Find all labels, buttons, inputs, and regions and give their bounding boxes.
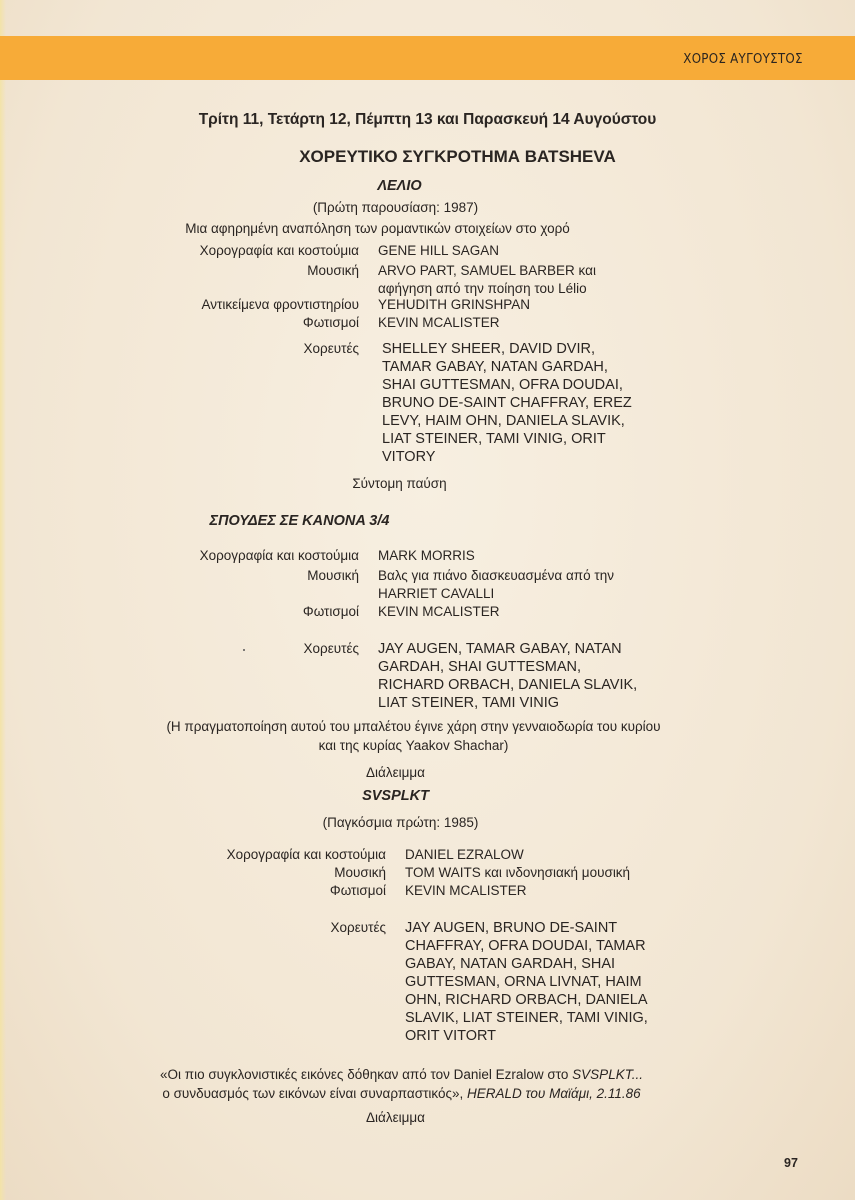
credit-value-line: SHAI GUTTESMAN, OFRA DOUDAI, bbox=[382, 376, 682, 394]
credit-value-line: GABAY, NATAN GARDAH, SHAI bbox=[405, 955, 705, 973]
credit-value-line: LEVY, HAIM OHN, DANIELA SLAVIK, bbox=[382, 412, 682, 430]
credit-value-line: GARDAH, SHAI GUTTESMAN, bbox=[378, 658, 678, 676]
intermission-1: Διάλειμμα bbox=[0, 765, 823, 780]
short-pause: Σύντομη παύση bbox=[0, 476, 827, 491]
credit-label: Μουσική bbox=[59, 567, 359, 585]
credit-value-line: LIAT STEINER, TAMI VINIG bbox=[378, 694, 678, 712]
work-premiere-svsplkt: (Παγκόσμια πρώτη: 1985) bbox=[0, 815, 828, 830]
page-number: 97 bbox=[784, 1156, 798, 1170]
credit-value: YEHUDITH GRINSHPAN bbox=[378, 296, 678, 314]
credit-value: DANIEL EZRALOW bbox=[405, 846, 705, 864]
credit-value-line: SLAVIK, LIAT STEINER, TAMI VINIG, bbox=[405, 1009, 705, 1027]
credit-value-line: Βαλς για πιάνο διασκευασμένα από την bbox=[378, 567, 678, 585]
credit-value-line: RICHARD ORBACH, DANIELA SLAVIK, bbox=[378, 676, 678, 694]
credit-value-line: SHELLEY SHEER, DAVID DVIR, bbox=[382, 340, 682, 358]
print-speck bbox=[243, 649, 245, 651]
intermission-2: Διάλειμμα bbox=[0, 1110, 823, 1125]
credit-label: Μουσική bbox=[59, 262, 359, 280]
credit-value: TOM WAITS και ινδονησιακή μουσική bbox=[405, 864, 705, 882]
work-title-lelio: ΛΕΛΙΟ bbox=[0, 178, 827, 194]
credit-value-line: DANIEL EZRALOW bbox=[405, 846, 705, 864]
credit-label: Χορογραφία και κοστούμια bbox=[59, 547, 359, 565]
performance-dates: Τρίτη 11, Τετάρτη 12, Πέμπτη 13 και Παρα… bbox=[0, 111, 855, 129]
credit-value: KEVIN MCALISTER bbox=[405, 882, 705, 900]
credit-value-line: MARK MORRIS bbox=[378, 547, 678, 565]
work-title-spoudes: ΣΠΟΥΔΕΣ ΣΕ ΚΑΝΟΝΑ 3/4 bbox=[0, 513, 727, 529]
credit-value-line: TOM WAITS και ινδονησιακή μουσική bbox=[405, 864, 705, 882]
section-header-band: ΧΟΡΟΣ ΑΥΓΟΥΣΤΟΣ bbox=[0, 36, 855, 80]
credit-label: Χορευτές bbox=[86, 919, 386, 937]
credit-label: Αντικείμενα φροντιστηρίου bbox=[59, 296, 359, 314]
credit-label: Χορευτές bbox=[59, 640, 359, 658]
review-quote: «Οι πιο συγκλονιστικές εικόνες δόθηκαν α… bbox=[0, 1065, 829, 1103]
credit-value-line: OHN, RICHARD ORBACH, DANIELA bbox=[405, 991, 705, 1009]
credit-value-line: BRUNO DE-SAINT CHAFFRAY, EREZ bbox=[382, 394, 682, 412]
credit-value-line: YEHUDITH GRINSHPAN bbox=[378, 296, 678, 314]
credit-value: MARK MORRIS bbox=[378, 547, 678, 565]
credit-value-line: KEVIN MCALISTER bbox=[378, 314, 678, 332]
credit-value-line: JAY AUGEN, TAMAR GABAY, NATAN bbox=[378, 640, 678, 658]
credit-value-line: VITORY bbox=[382, 448, 682, 466]
credit-value-line: GENE HILL SAGAN bbox=[378, 242, 678, 260]
credit-value-line: ORIT VITORT bbox=[405, 1027, 705, 1045]
credit-value: JAY AUGEN, BRUNO DE-SAINTCHAFFRAY, OFRA … bbox=[405, 919, 705, 1045]
credit-label: Φωτισμοί bbox=[86, 882, 386, 900]
credit-value-line: TAMAR GABAY, NATAN GARDAH, bbox=[382, 358, 682, 376]
credit-value: KEVIN MCALISTER bbox=[378, 314, 678, 332]
credit-label: Χορευτές bbox=[59, 340, 359, 358]
credit-value-line: CHAFFRAY, OFRA DOUDAI, TAMAR bbox=[405, 937, 705, 955]
work-title-svsplkt: SVSPLKT bbox=[0, 788, 823, 804]
credit-value-line: HARRIET CAVALLI bbox=[378, 585, 678, 603]
sponsor-note-line-1: (Η πραγματοποίηση αυτού του μπαλέτου έγι… bbox=[0, 717, 841, 736]
work-premiere-lelio: (Πρώτη παρουσίαση: 1987) bbox=[0, 200, 823, 215]
credit-value: KEVIN MCALISTER bbox=[378, 603, 678, 621]
sponsor-note: (Η πραγματοποίηση αυτού του μπαλέτου έγι… bbox=[0, 717, 841, 755]
sponsor-note-line-2: και της κυρίας Yaakov Shachar) bbox=[0, 736, 841, 755]
work-description-lelio: Μια αφηρημένη αναπόληση των ρομαντικών σ… bbox=[0, 221, 805, 236]
credit-label: Μουσική bbox=[86, 864, 386, 882]
credit-value: ARVO PART, SAMUEL BARBER καιαφήγηση από … bbox=[378, 262, 678, 298]
credit-label: Φωτισμοί bbox=[59, 603, 359, 621]
credit-value: JAY AUGEN, TAMAR GABAY, NATANGARDAH, SHA… bbox=[378, 640, 678, 712]
section-title: ΧΟΡΟΣ ΑΥΓΟΥΣΤΟΣ bbox=[684, 51, 803, 67]
credit-label: Χορογραφία και κοστούμια bbox=[59, 242, 359, 260]
review-quote-line-1: «Οι πιο συγκλονιστικές εικόνες δόθηκαν α… bbox=[0, 1065, 829, 1084]
company-name: ΧΟΡΕΥΤΙΚΟ ΣΥΓΚΡΟΤΗΜΑ BATSHEVA bbox=[30, 147, 855, 167]
review-quote-line-2: ο συνδυασμός των εικόνων είναι συναρπαστ… bbox=[0, 1084, 829, 1103]
credit-value-line: ARVO PART, SAMUEL BARBER και bbox=[378, 262, 678, 280]
credit-value-line: JAY AUGEN, BRUNO DE-SAINT bbox=[405, 919, 705, 937]
credit-label: Φωτισμοί bbox=[59, 314, 359, 332]
credit-value-line: GUTTESMAN, ORNA LIVNAT, HAIM bbox=[405, 973, 705, 991]
credit-value: Βαλς για πιάνο διασκευασμένα από τηνHARR… bbox=[378, 567, 678, 603]
credit-value: SHELLEY SHEER, DAVID DVIR,TAMAR GABAY, N… bbox=[382, 340, 682, 466]
credit-value-line: LIAT STEINER, TAMI VINIG, ORIT bbox=[382, 430, 682, 448]
credit-value-line: KEVIN MCALISTER bbox=[378, 603, 678, 621]
credit-value-line: KEVIN MCALISTER bbox=[405, 882, 705, 900]
credit-label: Χορογραφία και κοστούμια bbox=[86, 846, 386, 864]
credit-value: GENE HILL SAGAN bbox=[378, 242, 678, 260]
